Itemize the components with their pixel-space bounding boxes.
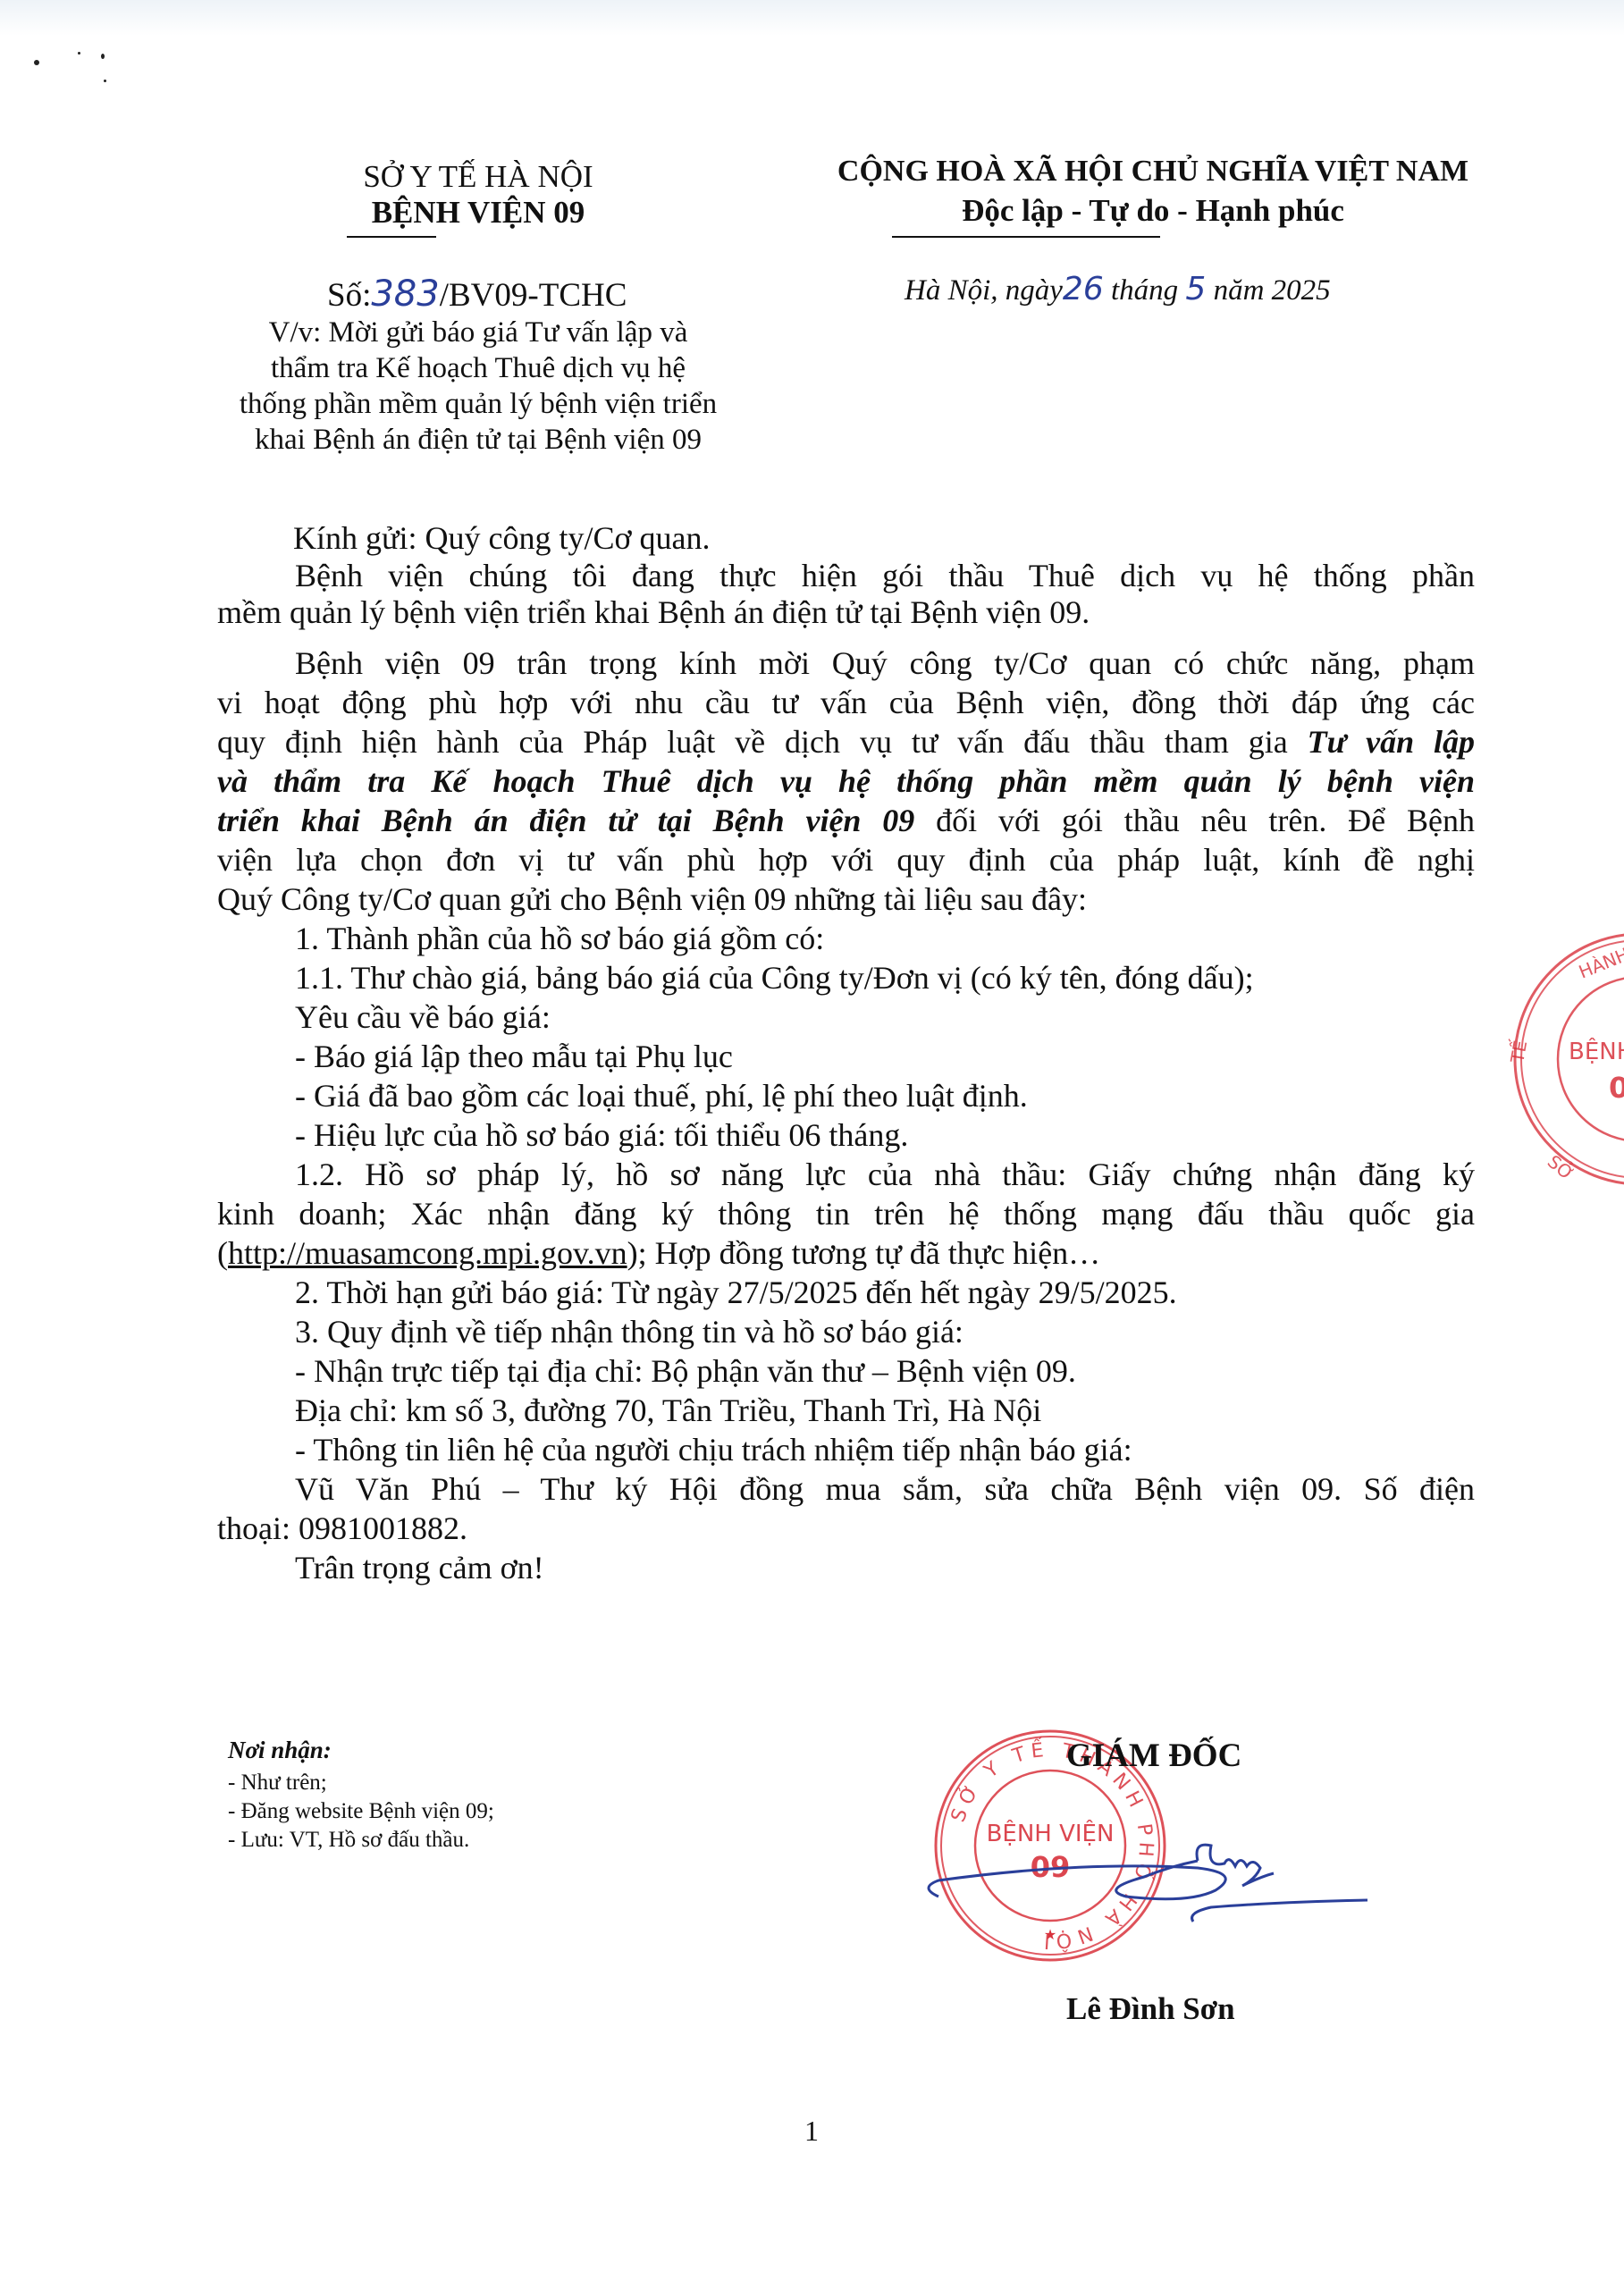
date-month: 5	[1185, 271, 1206, 307]
subject-line: V/v: Mời gửi báo giá Tư vấn lập và	[201, 315, 755, 350]
contact-line: Vũ Văn Phú – Thư ký Hội đồng mua sắm, sử…	[295, 1471, 1475, 1508]
para2-text: đối với gói thầu nêu trên. Để Bệnh	[914, 803, 1475, 838]
subject-line: thẩm tra Kế hoạch Thuê dịch vụ hệ	[201, 350, 755, 386]
director-signature-icon	[903, 1814, 1403, 1939]
date-month-label: tháng	[1111, 274, 1178, 307]
recipient-item: - Lưu: VT, Hồ sơ đấu thầu.	[228, 1827, 469, 1853]
section3-title: 3. Quy định về tiếp nhận thông tin và hồ…	[295, 1314, 1475, 1350]
para2-line: vi hoạt động phù hợp với nhu cầu tư vấn …	[217, 685, 1475, 721]
section2: 2. Thời hạn gửi báo giá: Từ ngày 27/5/20…	[295, 1274, 1475, 1311]
para2-line: Bệnh viện 09 trân trọng kính mời Quý côn…	[295, 645, 1475, 682]
para2-line: Quý Công ty/Cơ quan gửi cho Bệnh viện 09…	[217, 881, 1475, 918]
scan-speck	[78, 52, 80, 55]
salutation: Kính gửi: Quý công ty/Cơ quan.	[293, 520, 1551, 557]
svg-text:TẾ: TẾ	[1505, 1039, 1531, 1065]
motto-underline	[892, 236, 1160, 238]
subject-line: thống phần mềm quản lý bệnh viện triển	[201, 386, 755, 422]
section1-2-line: (http://muasamcong.mpi.gov.vn); Hợp đồng…	[217, 1235, 1475, 1272]
department-name: SỞ Y TẾ HÀ NỘI	[268, 159, 688, 195]
document-page: SỞ Y TẾ HÀ NỘI BỆNH VIỆN 09 Số:383/BV09-…	[0, 0, 1624, 2288]
recipient-item: - Đăng website Bệnh viện 09;	[228, 1798, 494, 1824]
org-underline	[347, 236, 436, 238]
para2-line: quy định hiện hành của Pháp luật về dịch…	[217, 724, 1475, 761]
recipients-title: Nơi nhận:	[228, 1737, 332, 1763]
number-suffix: /BV09-TCHC	[440, 277, 627, 314]
section1-2-line: 1.2. Hồ sơ pháp lý, hồ sơ năng lực của n…	[295, 1157, 1475, 1193]
procurement-portal-link[interactable]: http://muasamcong.mpi.gov.vn	[228, 1235, 627, 1271]
contact-line: thoại: 0981001882.	[217, 1510, 1475, 1547]
section1-1: 1.1. Thư chào giá, bảng báo giá của Công…	[295, 960, 1475, 997]
closing: Trân trọng cảm ơn!	[295, 1550, 1475, 1586]
date-year: năm 2025	[1214, 274, 1331, 307]
date-day: 26	[1063, 271, 1104, 307]
requirement-item: - Giá đã bao gồm các loại thuế, phí, lệ …	[295, 1078, 1475, 1115]
para2-emphasis: Tư vấn lập	[1308, 724, 1475, 760]
signer-title: GIÁM ĐỐC	[1066, 1737, 1241, 1775]
para2-line: triển khai Bệnh án điện tử tại Bệnh viện…	[217, 803, 1475, 839]
scan-speck	[34, 60, 39, 65]
section3-item: Địa chỉ: km số 3, đường 70, Tân Triều, T…	[295, 1392, 1475, 1429]
svg-text:0: 0	[1609, 1071, 1624, 1105]
para1-line: Bệnh viện chúng tôi đang thực hiện gói t…	[295, 558, 1475, 594]
section1-2-rest: ); Hợp đồng tương tự đã thực hiện…	[627, 1235, 1101, 1271]
section3-item: - Thông tin liên hệ của người chịu trách…	[295, 1432, 1475, 1468]
section1-title: 1. Thành phần của hồ sơ báo giá gồm có:	[295, 921, 1475, 957]
requirements-title: Yêu cầu về báo giá:	[295, 999, 1475, 1036]
national-motto: Độc lập - Tự do - Hạnh phúc	[804, 193, 1502, 229]
edge-seal-stamp-icon: BỆNH 0 HÀNH TẾ SỞ	[1484, 929, 1624, 1189]
country-name: CỘNG HOÀ XÃ HỘI CHỦ NGHĨA VIỆT NAM	[804, 154, 1502, 189]
recipient-item: - Như trên;	[228, 1770, 327, 1796]
requirement-item: - Báo giá lập theo mẫu tại Phụ lục	[295, 1039, 1475, 1075]
organization-name: BỆNH VIỆN 09	[268, 195, 688, 231]
document-number: Số:383/BV09-TCHC	[327, 275, 627, 315]
section1-2-line: kinh doanh; Xác nhận đăng ký thông tin t…	[217, 1196, 1475, 1232]
svg-text:BỆNH: BỆNH	[1569, 1037, 1624, 1065]
scan-speck	[101, 54, 105, 59]
section3-item: - Nhận trực tiếp tại địa chỉ: Bộ phận vă…	[295, 1353, 1475, 1390]
subject-line: khai Bệnh án điện tử tại Bệnh viện 09	[201, 422, 755, 458]
para1-line: mềm quản lý bệnh viện triển khai Bệnh án…	[217, 594, 1475, 631]
signer-name: Lê Đình Sơn	[1066, 1991, 1235, 2027]
number-handwritten: 383	[371, 273, 439, 315]
para2-line: viện lựa chọn đơn vị tư vấn phù hợp với …	[217, 842, 1475, 879]
date-line: Hà Nội, ngày26 tháng 5 năm 2025	[905, 272, 1331, 308]
scan-speck	[104, 80, 106, 82]
paren: (	[217, 1235, 228, 1271]
para2-emphasis-line: và thẩm tra Kế hoạch Thuê dịch vụ hệ thố…	[217, 763, 1475, 800]
svg-text:SỞ: SỞ	[1544, 1150, 1579, 1185]
subject-block: V/v: Mời gửi báo giá Tư vấn lập và thẩm …	[201, 315, 755, 458]
page-number: 1	[767, 2115, 856, 2147]
date-place: Hà Nội, ngày	[905, 274, 1063, 307]
para2-text: quy định hiện hành của Pháp luật về dịch…	[217, 724, 1308, 760]
requirement-item: - Hiệu lực của hồ sơ báo giá: tối thiểu …	[295, 1117, 1475, 1154]
para2-emphasis: triển khai Bệnh án điện tử tại Bệnh viện…	[217, 803, 914, 838]
number-prefix: Số:	[327, 277, 371, 314]
